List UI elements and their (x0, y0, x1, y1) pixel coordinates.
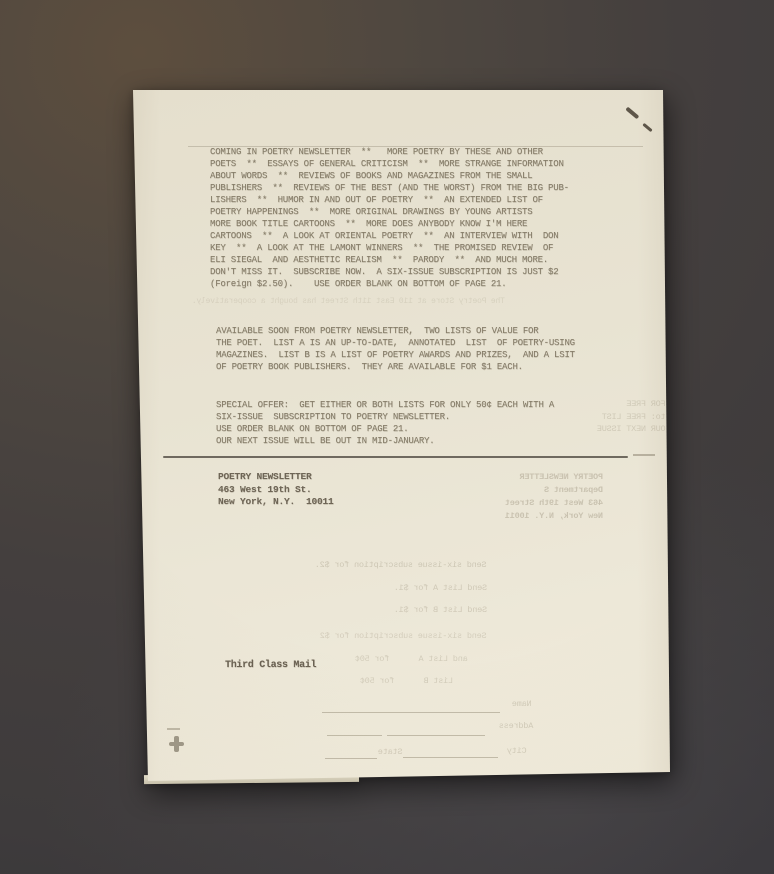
bleedthrough-verso-address: POETRY NEWSLETTER Department S 463 West … (505, 471, 603, 523)
bleedthrough-text: Send six-issue subscription for $2 (320, 630, 487, 642)
photo-background: The Poetry Store at 110 East 11th Street… (0, 0, 774, 874)
paper-shadow-wrap: The Poetry Store at 110 East 11th Street… (0, 0, 774, 874)
pen-mark (626, 107, 640, 119)
bleedthrough-line (325, 758, 377, 759)
bleedthrough-city-label: City (507, 745, 527, 757)
bleedthrough-line (403, 757, 498, 758)
bleedthrough-text: Send List B for $1. (394, 604, 487, 616)
bleedthrough-text: Send six-issue subscription for $2. (315, 559, 487, 571)
ornament-dash (167, 728, 180, 730)
divider-rule-dash (633, 454, 655, 456)
bleedthrough-text: The Poetry Store at 110 East 11th Street… (192, 296, 505, 308)
mailing-class-label: Third Class Mail (225, 660, 316, 672)
return-address: POETRY NEWSLETTER 463 West 19th St. New … (218, 471, 334, 509)
bleedthrough-name-label: Name (512, 698, 532, 710)
coming-soon-paragraph: COMING IN POETRY NEWSLETTER ** MORE POET… (210, 146, 569, 290)
bleedthrough-state-label: State (378, 746, 403, 758)
cross-ornament-icon (169, 736, 184, 752)
bleedthrough-line (387, 735, 485, 736)
bleedthrough-line (327, 735, 382, 736)
bleedthrough-text: Send List A for $1. (394, 582, 487, 594)
newsletter-page: The Poetry Store at 110 East 11th Street… (133, 90, 670, 782)
bleedthrough-address-label: Address (499, 720, 533, 732)
bleedthrough-line (322, 712, 500, 713)
bleedthrough-text: and List A for 50¢ (355, 653, 468, 665)
pen-mark (642, 123, 652, 132)
bleedthrough-text: List B for 50¢ (360, 675, 453, 687)
bleedthrough-text: FOR FREE to: FREE LIST OUR NEXT ISSUE (597, 398, 666, 436)
lists-paragraph: AVAILABLE SOON FROM POETRY NEWSLETTER, T… (216, 325, 575, 373)
divider-rule (163, 456, 628, 458)
special-offer-paragraph: SPECIAL OFFER: GET EITHER OR BOTH LISTS … (216, 399, 554, 447)
